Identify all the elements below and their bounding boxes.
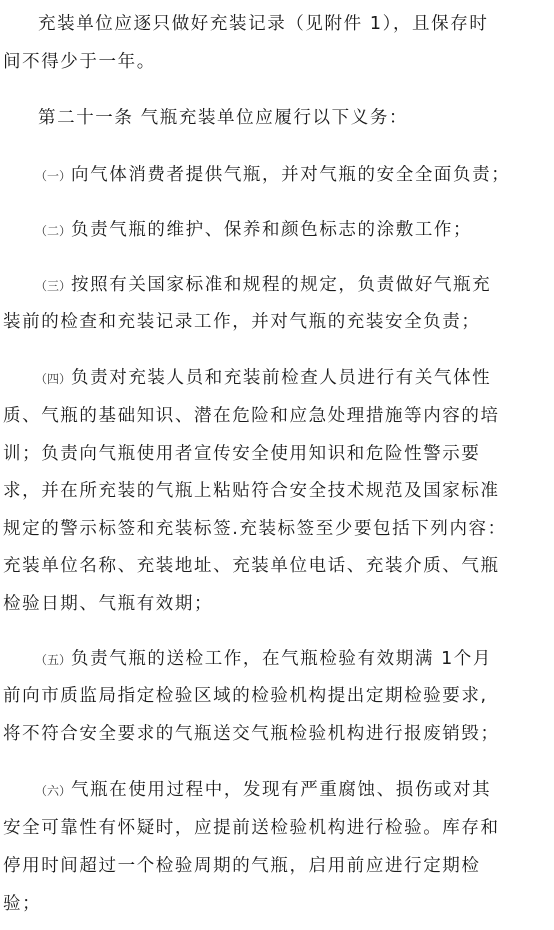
item-marker: （六） <box>35 784 71 798</box>
item-text: 负责气瓶的送检工作，在气瓶检验有效期满 1个月 <box>71 649 492 669</box>
item-marker: （三） <box>35 279 71 293</box>
item-text: 负责气瓶的维护、保养和颜色标志的涂敷工作； <box>71 220 472 240</box>
text-line: （五）负责气瓶的送检工作，在气瓶检验有效期满 1个月 <box>35 640 492 678</box>
item-marker: （一） <box>35 169 71 183</box>
text-line: （一）向气体消费者提供气瓶，并对气瓶的安全全面负责； <box>35 156 510 194</box>
document-page: 充装单位应逐只做好充装记录（见附件 1），且保存时 间不得少于一年。 第二十一条… <box>0 0 554 930</box>
text-line: 质、气瓶的基础知识、潜在危险和应急处理措施等内容的培 <box>3 397 500 435</box>
text-line: 充装单位名称、充装地址、充装单位电话、充装介质、气瓶 <box>3 547 500 585</box>
text-line: 求，并在所充装的气瓶上粘贴符合安全技术规范及国家标准 <box>3 472 500 510</box>
text-line: （六）气瓶在使用过程中，发现有严重腐蚀、损伤或对其 <box>35 771 491 809</box>
item-text: 负责对充装人员和充装前检查人员进行有关气体性 <box>71 368 491 388</box>
text-line: 检验日期、气瓶有效期； <box>3 585 213 623</box>
text-line: 停用时间超过一个检验周期的气瓶，启用前应进行定期检 <box>3 847 481 885</box>
text-line: （四）负责对充装人员和充装前检查人员进行有关气体性 <box>35 359 491 397</box>
text-line: （三）按照有关国家标准和规程的规定，负责做好气瓶充 <box>35 266 491 304</box>
text-line: 验； <box>3 885 41 923</box>
text-line: 间不得少于一年。 <box>3 43 156 81</box>
item-marker: （四） <box>35 372 71 386</box>
item-text: 气瓶在使用过程中，发现有严重腐蚀、损伤或对其 <box>71 780 491 800</box>
text-line: 训；负责向气瓶使用者宣传安全使用知识和危险性警示要 <box>3 435 481 473</box>
article-title: 第二十一条 气瓶充装单位应履行以下义务： <box>38 99 408 137</box>
text-line: 前向市质监局指定检验区域的检验机构提出定期检验要求, <box>3 677 488 715</box>
item-marker: （二） <box>35 224 71 238</box>
item-marker: （五） <box>35 653 71 667</box>
text-line: 装前的检查和充装记录工作，并对气瓶的充装安全负责； <box>3 303 481 341</box>
text-line: （二）负责气瓶的维护、保养和颜色标志的涂敷工作； <box>35 211 472 249</box>
text-line: 充装单位应逐只做好充装记录（见附件 1），且保存时 <box>38 5 488 43</box>
text-line: 将不符合安全要求的气瓶送交气瓶检验机构进行报废销毁； <box>3 715 500 753</box>
item-text: 向气体消费者提供气瓶，并对气瓶的安全全面负责； <box>71 165 510 185</box>
item-text: 按照有关国家标准和规程的规定，负责做好气瓶充 <box>71 275 491 295</box>
text-line: 安全可靠性有怀疑时，应提前送检验机构进行检验。库存和 <box>3 809 500 847</box>
text-line: 规定的警示标签和充装标签.充装标签至少要包括下列内容： <box>3 510 507 548</box>
